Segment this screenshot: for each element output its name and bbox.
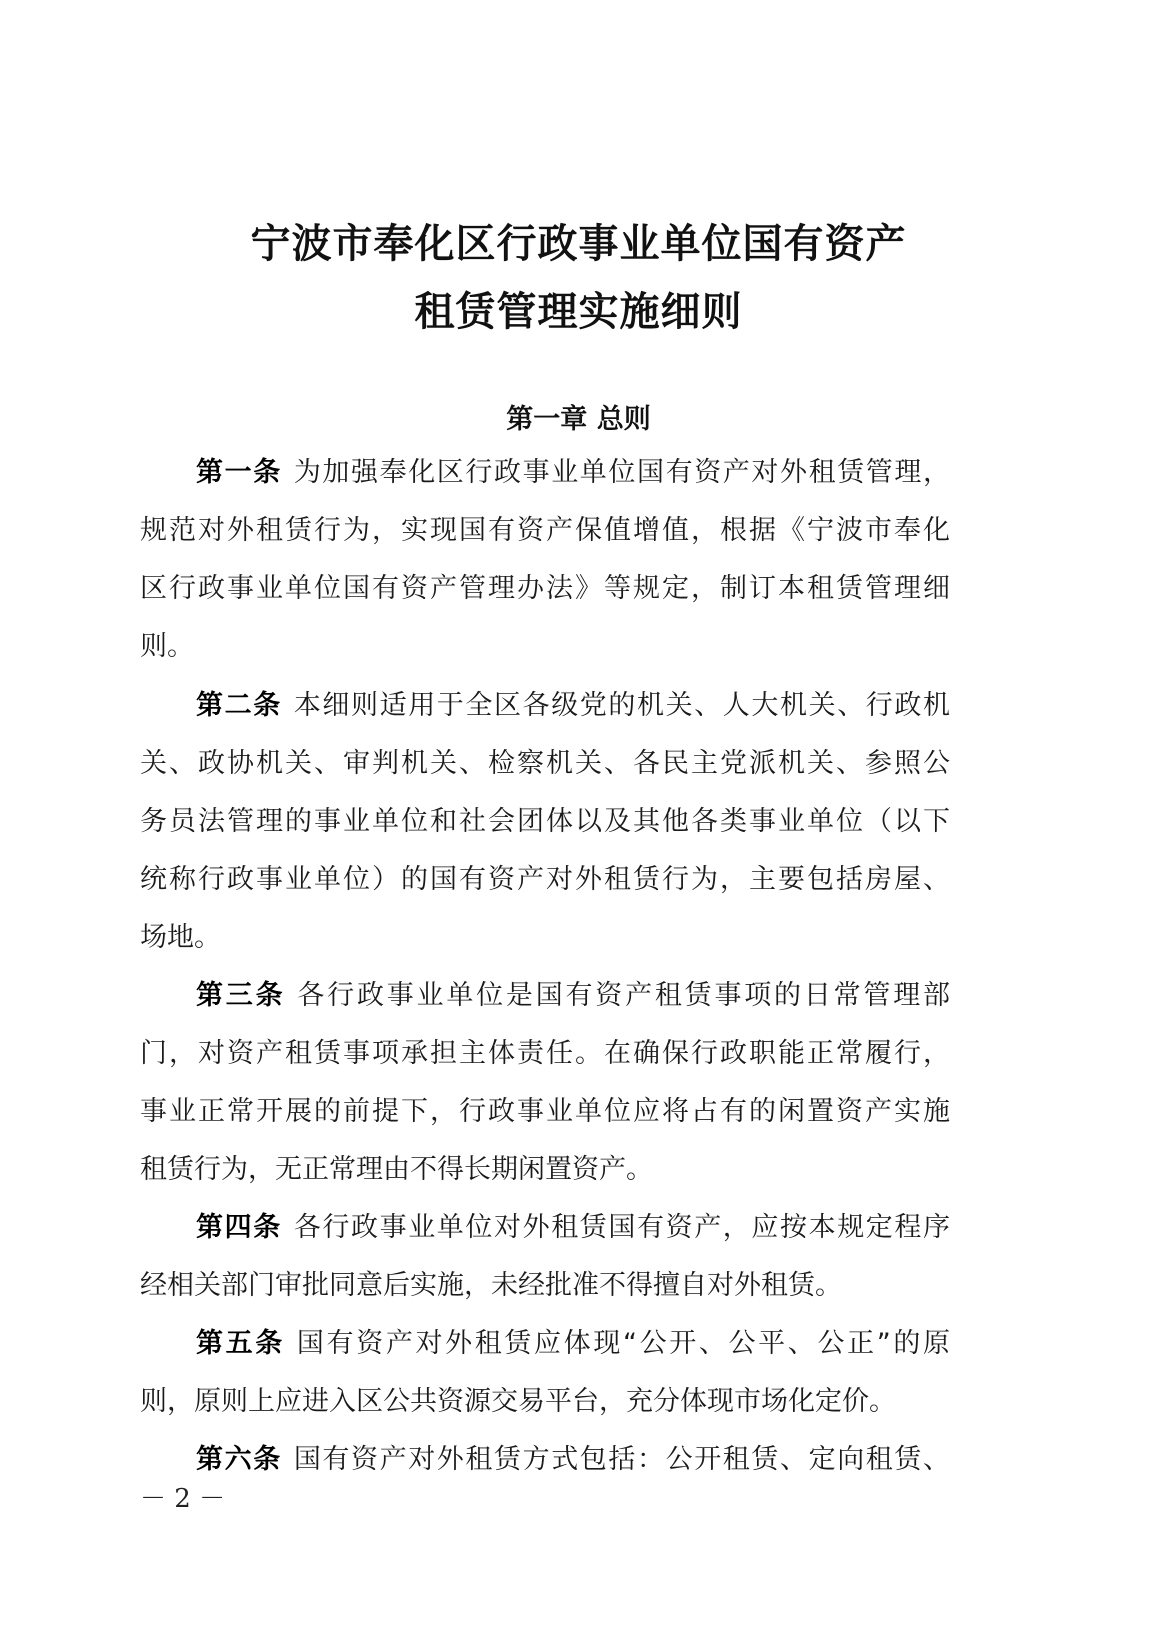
article-text: 各行政事业单位是国有资产租赁事项的日常管理部 — [297, 980, 950, 1011]
article-label: 第一条 — [196, 457, 282, 488]
document-title-line-1: 宁波市奉化区行政事业单位国有资产 — [0, 212, 1157, 269]
article-text: 本细则适用于全区各级党的机关、人大机关、行政机 — [294, 690, 950, 721]
article-2-line-3: 务员法管理的事业单位和社会团体以及其他各类事业单位（以下 — [140, 799, 950, 838]
article-4-line-1: 第四条各行政事业单位对外租赁国有资产，应按本规定程序 — [196, 1205, 950, 1244]
article-text: 为加强奉化区行政事业单位国有资产对外租赁管理， — [294, 457, 950, 488]
article-label: 第二条 — [196, 690, 282, 721]
article-3-line-4: 租赁行为，无正常理由不得长期闲置资产。 — [140, 1147, 950, 1186]
document-page: 宁波市奉化区行政事业单位国有资产 租赁管理实施细则 第一章 总则 第一条为加强奉… — [0, 0, 1157, 1637]
article-2-line-2: 关、政协机关、审判机关、检察机关、各民主党派机关、参照公 — [140, 741, 950, 780]
article-1-line-3: 区行政事业单位国有资产管理办法》等规定，制订本租赁管理细 — [140, 566, 950, 605]
article-4-line-2: 经相关部门审批同意后实施，未经批准不得擅自对外租赁。 — [140, 1263, 950, 1302]
article-5-line-1: 第五条国有资产对外租赁应体现“公开、公平、公正”的原 — [196, 1321, 950, 1360]
article-label: 第四条 — [196, 1212, 282, 1243]
article-1-line-2: 规范对外租赁行为，实现国有资产保值增值，根据《宁波市奉化 — [140, 508, 950, 547]
article-3-line-3: 事业正常开展的前提下，行政事业单位应将占有的闲置资产实施 — [140, 1089, 950, 1128]
document-title-line-2: 租赁管理实施细则 — [0, 280, 1157, 337]
article-3-line-2: 门，对资产租赁事项承担主体责任。在确保行政职能正常履行， — [140, 1031, 950, 1070]
article-5-line-2: 则，原则上应进入区公共资源交易平台，充分体现市场化定价。 — [140, 1379, 950, 1418]
article-text: 国有资产对外租赁应体现“公开、公平、公正”的原 — [297, 1328, 950, 1359]
article-label: 第六条 — [196, 1444, 282, 1475]
article-label: 第五条 — [196, 1328, 285, 1359]
chapter-heading: 第一章 总则 — [0, 397, 1157, 436]
article-1-line-4: 则。 — [140, 624, 950, 663]
article-2-line-4: 统称行政事业单位）的国有资产对外租赁行为，主要包括房屋、 — [140, 857, 950, 896]
article-6-line-1: 第六条国有资产对外租赁方式包括：公开租赁、定向租赁、 — [196, 1437, 950, 1476]
article-2-line-1: 第二条本细则适用于全区各级党的机关、人大机关、行政机 — [196, 683, 950, 722]
article-1-line-1: 第一条为加强奉化区行政事业单位国有资产对外租赁管理， — [196, 450, 950, 489]
article-2-line-5: 场地。 — [140, 915, 950, 954]
article-3-line-1: 第三条各行政事业单位是国有资产租赁事项的日常管理部 — [196, 973, 950, 1012]
article-text: 各行政事业单位对外租赁国有资产，应按本规定程序 — [294, 1212, 950, 1243]
article-label: 第三条 — [196, 980, 285, 1011]
article-text: 国有资产对外租赁方式包括：公开租赁、定向租赁、 — [294, 1444, 950, 1475]
page-number: － 2 － — [140, 1478, 225, 1515]
